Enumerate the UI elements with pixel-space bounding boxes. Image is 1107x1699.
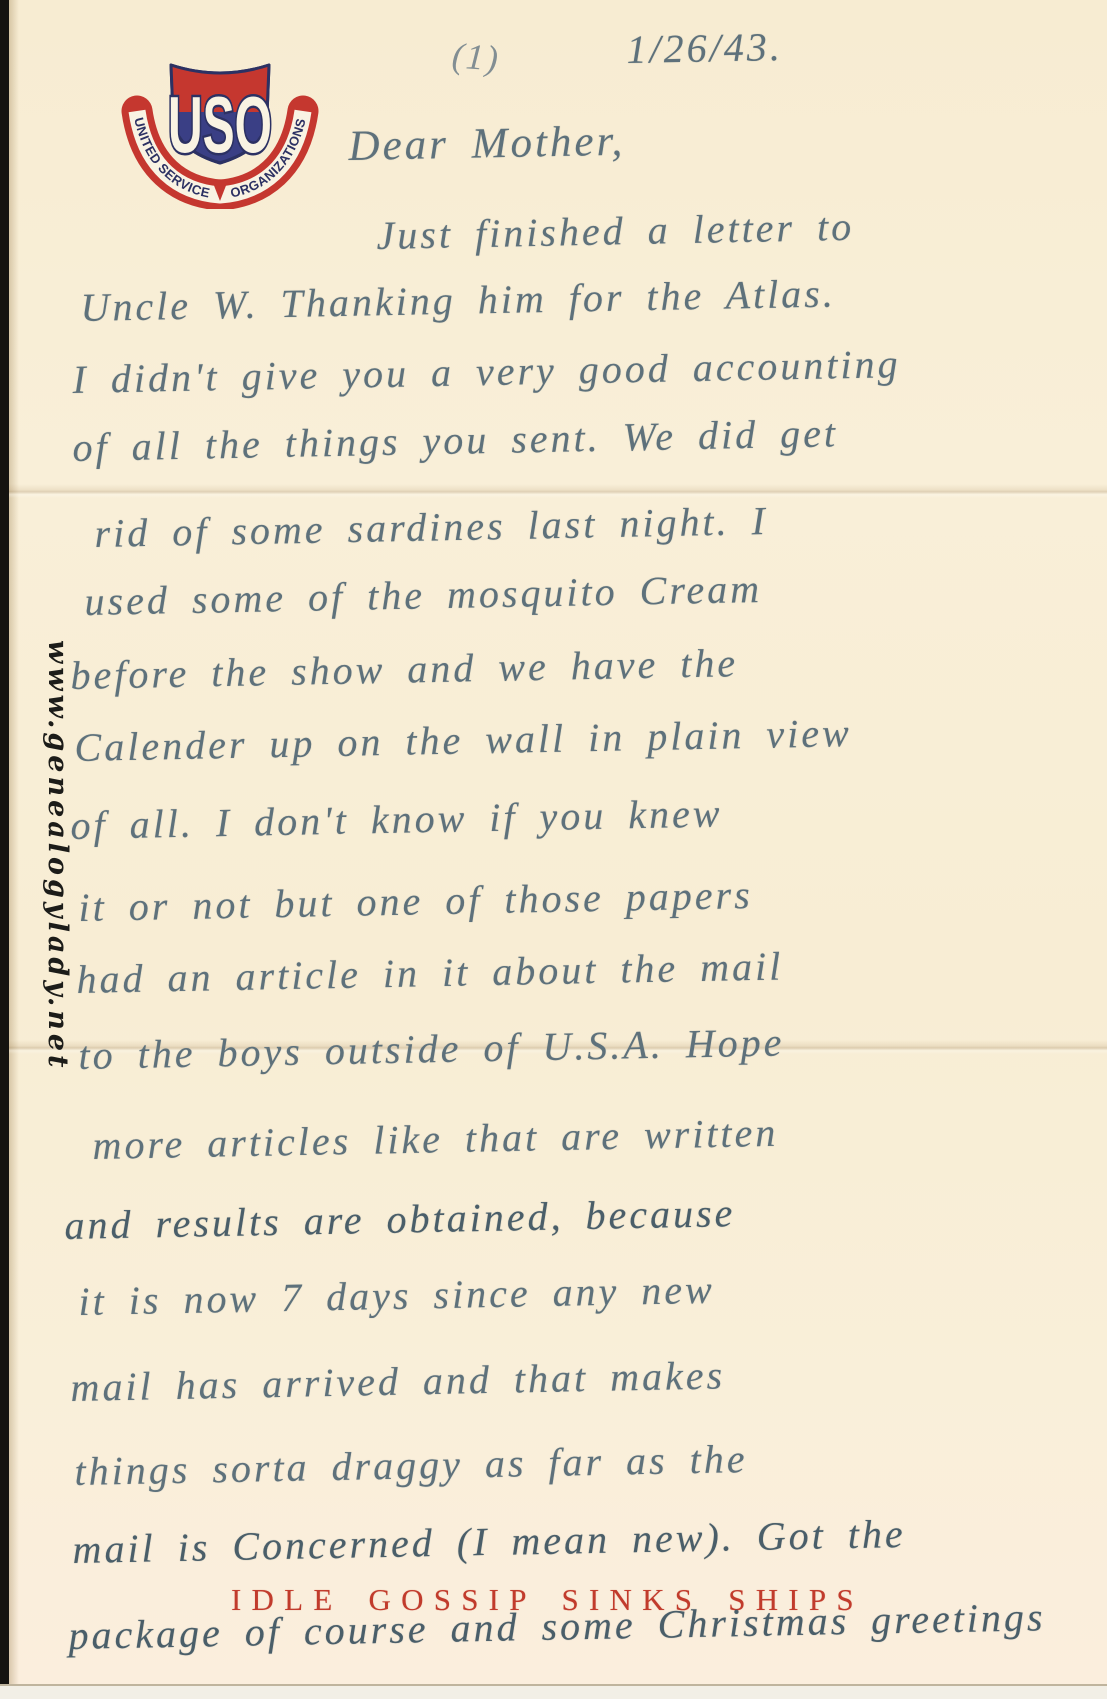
handwriting-line: mail has arrived and that makes [70,1351,725,1411]
letter-scan: UNITED SERVICE ORGANIZATIONS USO (1) 1/2… [0,0,1107,1699]
uso-shield: USO [168,65,272,169]
fold-crease-upper [9,484,1107,498]
handwriting-line: rid of some sardines last night. I [94,497,768,557]
handwriting-line: mail is Concerned (I mean new). Got the [72,1510,906,1573]
handwriting-line: I didn't give you a very good accounting [72,340,901,403]
letter-paper: UNITED SERVICE ORGANIZATIONS USO (1) 1/2… [9,0,1107,1684]
handwriting-line: to the boys outside of U.S.A. Hope [78,1018,785,1079]
scan-edge-left [0,0,9,1699]
handwriting-line: Uncle W. Thanking him for the Atlas. [80,270,836,331]
handwriting-line: things sorta draggy as far as the [74,1435,748,1495]
handwriting-line: before the show and we have the [70,639,738,699]
handwriting-line: Calender up on the wall in plain view [74,709,852,771]
salutation: Dear Mother, [348,117,626,171]
uso-acronym: USO [168,79,272,169]
scan-edge-bottom [0,1684,1107,1699]
handwriting-line: had an article in it about the mail [76,942,784,1003]
handwriting-line: package of course and some Christmas gre… [68,1593,1046,1659]
handwriting-line: Just finished a letter to [376,203,854,259]
handwriting-line: of all the things you sent. We did get [72,409,838,471]
handwriting-line: and results are obtained, because [64,1189,736,1249]
handwriting-line: it or not but one of those papers [78,871,753,931]
handwriting-line: more articles like that are written [92,1109,779,1169]
handwriting-line: of all. I don't know if you knew [70,789,723,849]
watermark: www.genealogylady.net [42,640,73,1072]
handwriting-line: it is now 7 days since any new [78,1266,715,1325]
letter-date: 1/26/43. [626,23,783,73]
uso-logo: UNITED SERVICE ORGANIZATIONS USO [117,55,323,209]
handwriting-line: used some of the mosquito Cream [84,565,762,625]
page-number: (1) [451,34,502,79]
